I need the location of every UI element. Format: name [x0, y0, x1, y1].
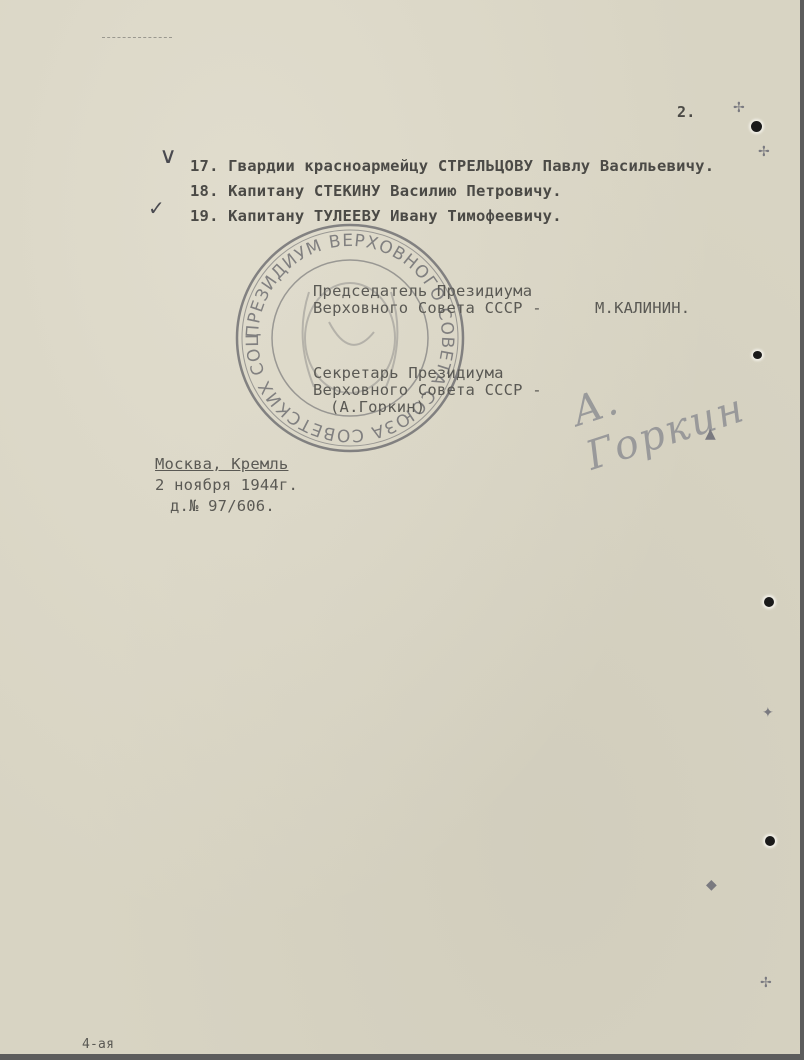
secretary-name: (А.Горкин) [330, 398, 425, 416]
chairman-name: М.КАЛИНИН. [595, 299, 690, 317]
punch-hole [765, 836, 775, 846]
page-number: 2. [677, 103, 695, 121]
smudge-mark: ✢ [758, 144, 770, 160]
checkmark-icon: ✓ [148, 196, 165, 220]
checkmark-icon: ∨ [159, 144, 177, 169]
smudge-mark: ◆ [706, 877, 717, 893]
smudge-mark: ✢ [733, 100, 745, 116]
document-number: д.№ 97/606. [170, 497, 275, 515]
official-seal-icon: ПРЕЗИДИУМ ВЕРХОВНОГО СОВЕТА СОЮЗА СОВЕТС… [234, 222, 466, 454]
secretary-title-line2: Верховного Совета СССР - [313, 381, 542, 399]
punch-hole [751, 121, 762, 132]
footer-mark: 4-ая [82, 1037, 114, 1052]
award-entry-17: 17. Гвардии красноармейцу СТРЕЛЬЦОВУ Пав… [190, 157, 714, 175]
punch-hole [753, 351, 762, 359]
smudge-mark: ✢ [760, 975, 772, 991]
award-entry-18: 18. Капитану СТЕКИНУ Василию Петровичу. [190, 182, 562, 200]
punch-hole [764, 597, 774, 607]
smudge-mark: ▲ [705, 426, 716, 442]
window-border-bottom [0, 1054, 804, 1060]
smudge-mark: ✦ [762, 705, 774, 721]
faded-header-mark [102, 37, 172, 39]
chairman-title-line2: Верховного Совета СССР - [313, 299, 542, 317]
issue-place: Москва, Кремль [155, 455, 288, 473]
secretary-title-line1: Секретарь Президиума [313, 364, 504, 382]
chairman-title-line1: Председатель Президиума [313, 282, 532, 300]
handwritten-signature: А. Горкин [566, 322, 804, 479]
issue-date: 2 ноября 1944г. [155, 476, 298, 494]
document-page: 2. ∨ ✓ 17. Гвардии красноармейцу СТРЕЛЬЦ… [0, 0, 802, 1056]
window-border-right [800, 0, 804, 1060]
